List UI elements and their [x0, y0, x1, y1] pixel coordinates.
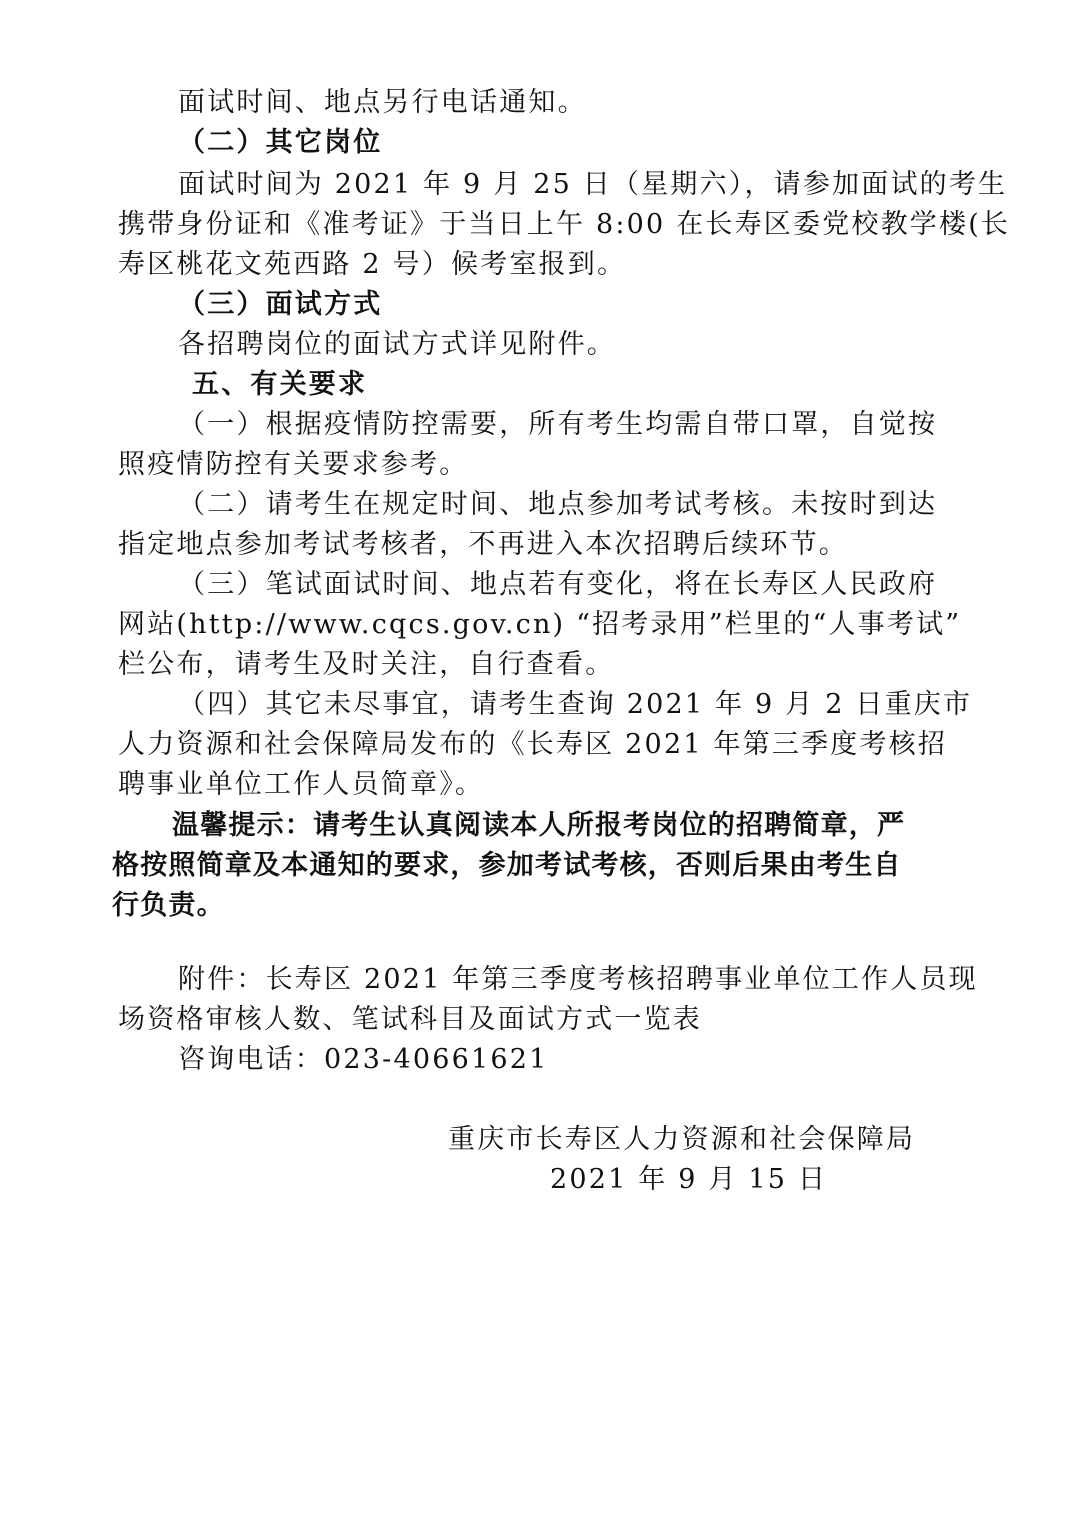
- body-text: 寿区桃花文苑西路 2 号）候考室报到。: [118, 245, 626, 285]
- body-text: （二）请考生在规定时间、地点参加考试考核。未按时到达: [178, 485, 937, 525]
- attachment-note: 附件：长寿区 2021 年第三季度考核招聘事业单位工作人员现: [178, 960, 978, 1000]
- body-text: 指定地点参加考试考核者，不再进入本次招聘后续环节。: [118, 525, 848, 565]
- body-text: 照疫情防控有关要求参考。: [118, 445, 468, 485]
- subheading-interview-method: （三）面试方式: [178, 285, 382, 325]
- body-text: （一）根据疫情防控需要，所有考生均需自带口罩，自觉按: [178, 405, 937, 445]
- issue-date: 2021 年 9 月 15 日: [550, 1160, 827, 1200]
- body-text: 人力资源和社会保障局发布的《长寿区 2021 年第三季度考核招: [118, 725, 947, 765]
- body-text: 聘事业单位工作人员简章》。: [118, 765, 484, 805]
- body-text: 面试时间为 2021 年 9 月 25 日（星期六），请参加面试的考生: [178, 165, 1007, 205]
- body-text: 携带身份证和《准考证》于当日上午 8:00 在长寿区委党校教学楼(长: [118, 205, 1010, 245]
- section-heading-requirements: 五、有关要求: [192, 365, 367, 405]
- attachment-note: 场资格审核人数、笔试科目及面试方式一览表: [118, 1000, 702, 1040]
- body-text: 栏公布，请考生及时关注，自行查看。: [118, 645, 614, 685]
- subheading-other-positions: （二）其它岗位: [178, 123, 382, 163]
- warning-notice: 格按照简章及本通知的要求，参加考试考核，否则后果由考生自: [112, 846, 902, 886]
- body-text: 各招聘岗位的面试方式详见附件。: [178, 325, 616, 365]
- body-text-website: 网站(http://www.cqcs.gov.cn) “招考录用”栏里的“人事考…: [118, 605, 961, 645]
- body-text: （四）其它未尽事宜，请考生查询 2021 年 9 月 2 日重庆市: [178, 685, 972, 725]
- warning-notice: 行负责。: [112, 886, 225, 926]
- body-text: 面试时间、地点另行电话通知。: [178, 83, 587, 123]
- body-text: （三）笔试面试时间、地点若有变化，将在长寿区人民政府: [178, 565, 937, 605]
- issuer-signature: 重庆市长寿区人力资源和社会保障局: [448, 1120, 915, 1160]
- warning-notice: 温馨提示：请考生认真阅读本人所报考岗位的招聘简章，严: [172, 806, 905, 846]
- contact-phone: 咨询电话：023-40661621: [178, 1040, 548, 1080]
